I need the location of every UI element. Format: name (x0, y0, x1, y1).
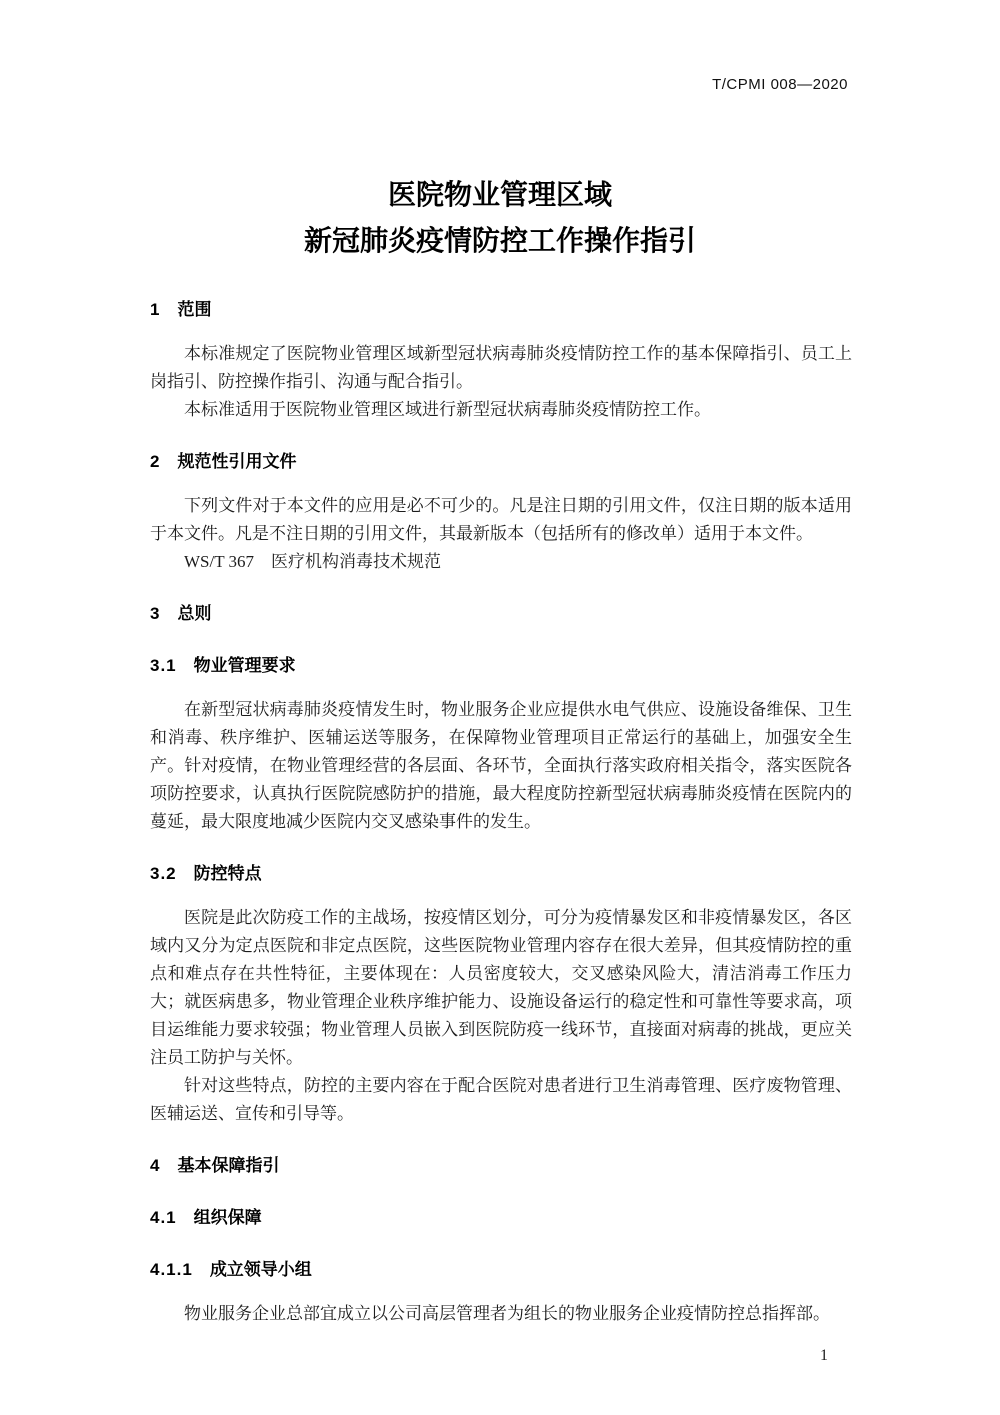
section-heading-4-1-1: 4.1.1成立领导小组 (150, 1256, 852, 1284)
section-title: 范围 (177, 300, 211, 319)
section-number: 3.2 (150, 860, 177, 888)
paragraph: 在新型冠状病毒肺炎疫情发生时，物业服务企业应提供水电气供应、设施设备维保、卫生和… (150, 696, 852, 836)
document-title-line1: 医院物业管理区域 (0, 172, 1000, 218)
paragraph: 本标准适用于医院物业管理区域进行新型冠状病毒肺炎疫情防控工作。 (150, 396, 852, 424)
section-title: 组织保障 (194, 1208, 262, 1227)
document-title-line2: 新冠肺炎疫情防控工作操作指引 (0, 218, 1000, 264)
document-page: T/CPMI 008—2020 医院物业管理区域 新冠肺炎疫情防控工作操作指引 … (0, 0, 1000, 1415)
section-title: 总则 (177, 604, 211, 623)
paragraph: 下列文件对于本文件的应用是必不可少的。凡是注日期的引用文件，仅注日期的版本适用于… (150, 492, 852, 548)
document-body: 1范围 本标准规定了医院物业管理区域新型冠状病毒肺炎疫情防控工作的基本保障指引、… (150, 272, 852, 1370)
page-number: 1 (150, 1342, 852, 1370)
section-title: 防控特点 (194, 864, 262, 883)
section-heading-4-1: 4.1组织保障 (150, 1204, 852, 1232)
doc-code: T/CPMI 008—2020 (712, 76, 848, 93)
section-title: 成立领导小组 (210, 1260, 312, 1279)
paragraph-reference: WS/T 367 医疗机构消毒技术规范 (150, 548, 852, 576)
paragraph: 本标准规定了医院物业管理区域新型冠状病毒肺炎疫情防控工作的基本保障指引、员工上岗… (150, 340, 852, 396)
paragraph: 物业服务企业总部宜成立以公司高层管理者为组长的物业服务企业疫情防控总指挥部。 (150, 1300, 852, 1328)
section-title: 基本保障指引 (177, 1156, 279, 1175)
section-number: 4 (150, 1152, 160, 1180)
section-heading-2: 2规范性引用文件 (150, 448, 852, 476)
paragraph: 针对这些特点，防控的主要内容在于配合医院对患者进行卫生消毒管理、医疗废物管理、医… (150, 1072, 852, 1128)
section-number: 4.1 (150, 1204, 177, 1232)
section-title: 规范性引用文件 (177, 452, 296, 471)
document-title: 医院物业管理区域 新冠肺炎疫情防控工作操作指引 (0, 172, 1000, 264)
section-heading-3: 3总则 (150, 600, 852, 628)
section-heading-3-1: 3.1物业管理要求 (150, 652, 852, 680)
section-number: 3 (150, 600, 160, 628)
section-number: 3.1 (150, 652, 177, 680)
section-number: 4.1.1 (150, 1256, 193, 1284)
section-number: 2 (150, 448, 160, 476)
section-heading-3-2: 3.2防控特点 (150, 860, 852, 888)
section-heading-1: 1范围 (150, 296, 852, 324)
section-number: 1 (150, 296, 160, 324)
section-heading-4: 4基本保障指引 (150, 1152, 852, 1180)
paragraph: 医院是此次防疫工作的主战场，按疫情区划分，可分为疫情暴发区和非疫情暴发区，各区域… (150, 904, 852, 1072)
section-title: 物业管理要求 (194, 656, 296, 675)
